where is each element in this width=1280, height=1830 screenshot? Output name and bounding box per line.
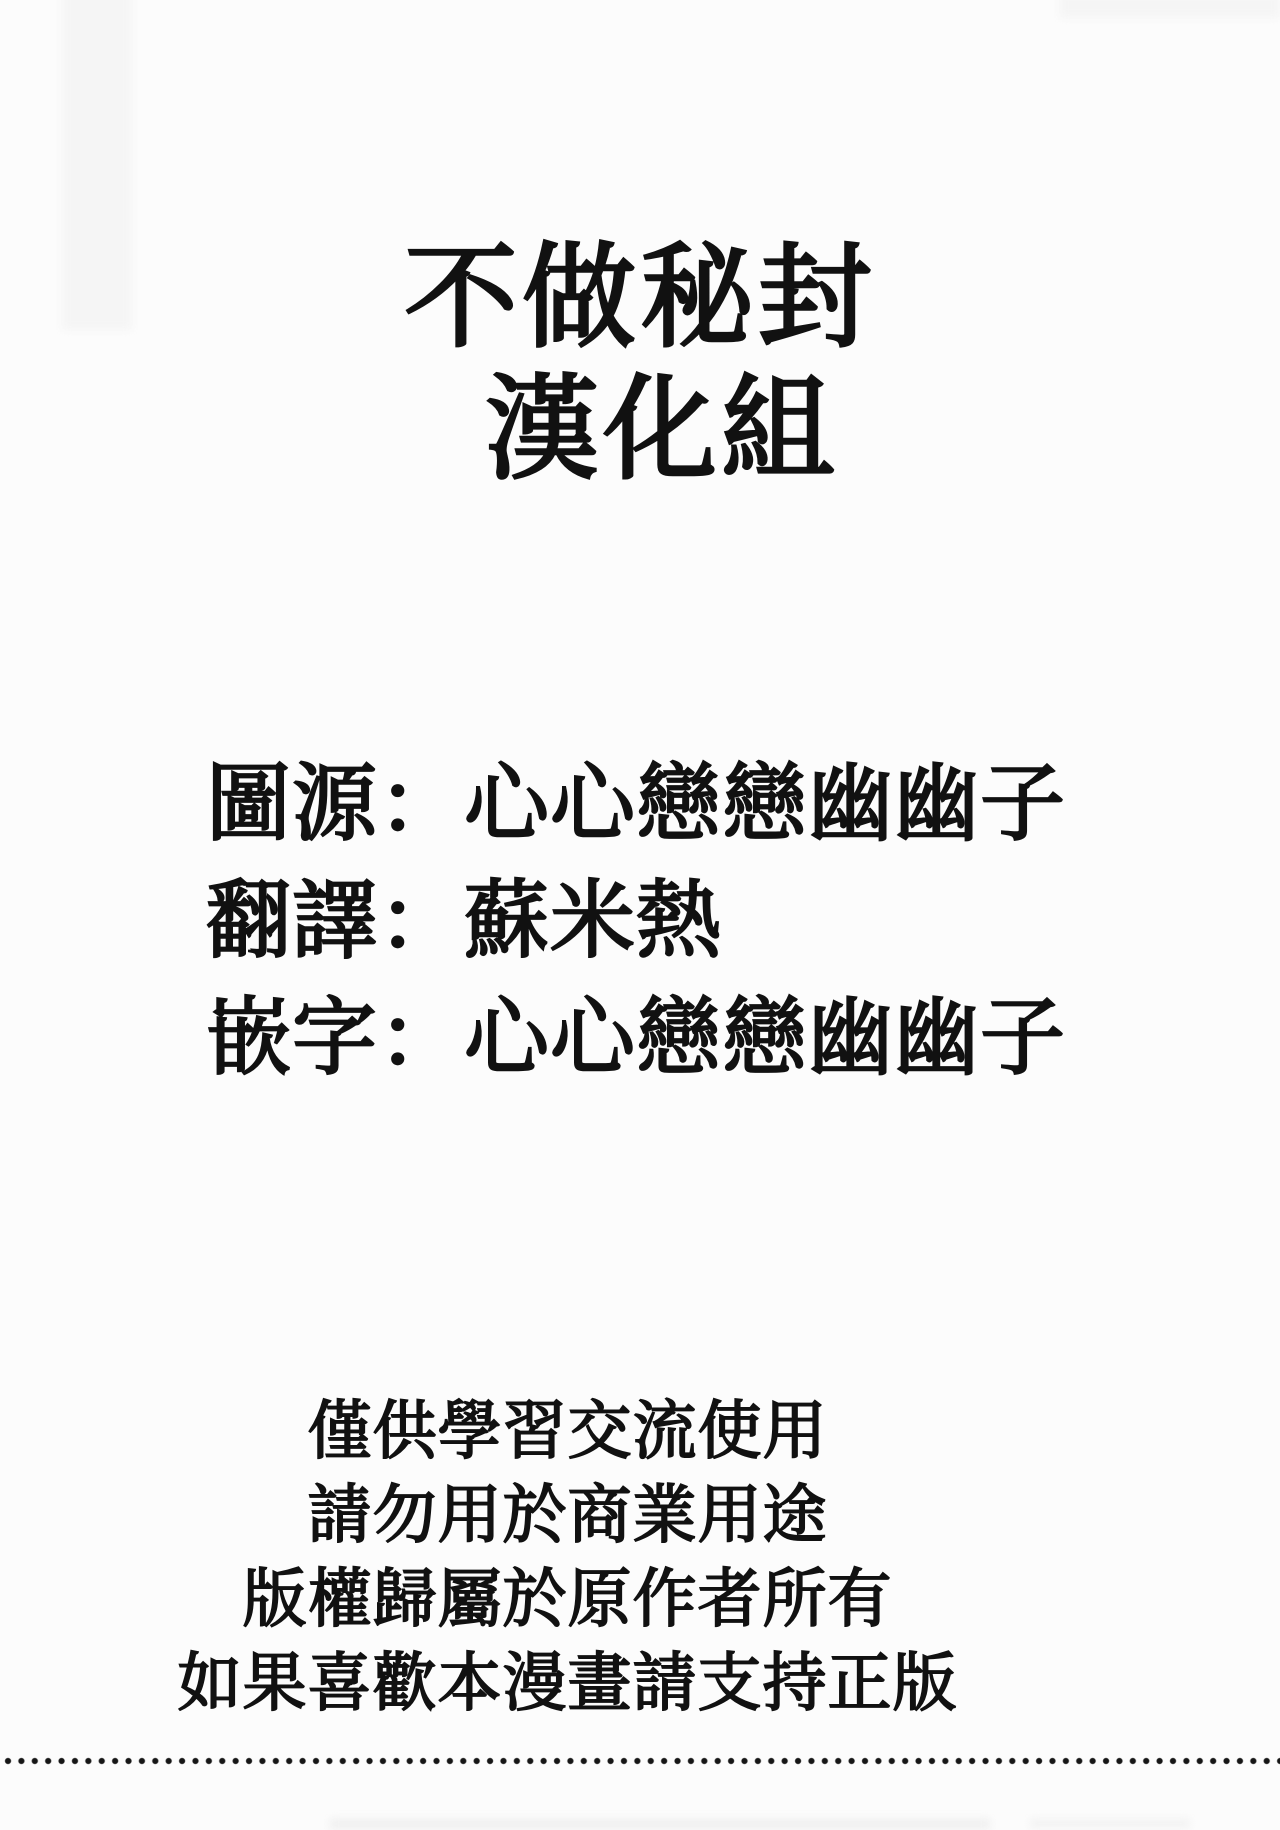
credit-label: 圖源 — [206, 755, 378, 854]
scan-smudge-bottom — [330, 1819, 990, 1829]
usage-notice: 僅供學習交流使用 請勿用於商業用途 版權歸屬於原作者所有 如果喜歡本漫畫請支持正… — [0, 1390, 1135, 1726]
credit-row-typesetting: 嵌字：心心戀戀幽幽子 — [206, 980, 1066, 1097]
scan-smudge-bottom-right — [1030, 1819, 1190, 1828]
group-title-line-1: 不做秘封 — [0, 232, 1280, 364]
notice-line-study-use: 僅供學習交流使用 — [0, 1390, 1135, 1474]
scan-smudge-top-right — [1060, 0, 1280, 18]
credit-row-image-source: 圖源：心心戀戀幽幽子 — [206, 746, 1066, 863]
credit-label: 嵌字 — [206, 989, 378, 1088]
credit-label: 翻譯 — [206, 872, 378, 971]
staff-credits: 圖源：心心戀戀幽幽子 翻譯：蘇米熱 嵌字：心心戀戀幽幽子 — [206, 746, 1066, 1097]
notice-line-support-official: 如果喜歡本漫畫請支持正版 — [0, 1642, 1135, 1726]
dotted-divider — [2, 1755, 1280, 1767]
notice-line-copyright: 版權歸屬於原作者所有 — [0, 1558, 1135, 1642]
credit-colon: ： — [378, 755, 464, 854]
credit-colon: ： — [378, 989, 464, 1088]
scan-page: 不做秘封 漢化組 圖源：心心戀戀幽幽子 翻譯：蘇米熱 嵌字：心心戀戀幽幽子 僅供… — [0, 0, 1280, 1830]
credit-value: 心心戀戀幽幽子 — [464, 755, 1066, 854]
notice-line-no-commercial: 請勿用於商業用途 — [0, 1474, 1135, 1558]
group-title-line-2: 漢化組 — [0, 364, 1280, 496]
group-title: 不做秘封 漢化組 — [0, 232, 1280, 496]
credit-colon: ： — [378, 872, 464, 971]
credit-value: 蘇米熱 — [464, 872, 722, 971]
credit-value: 心心戀戀幽幽子 — [464, 989, 1066, 1088]
credit-row-translation: 翻譯：蘇米熱 — [206, 863, 1066, 980]
